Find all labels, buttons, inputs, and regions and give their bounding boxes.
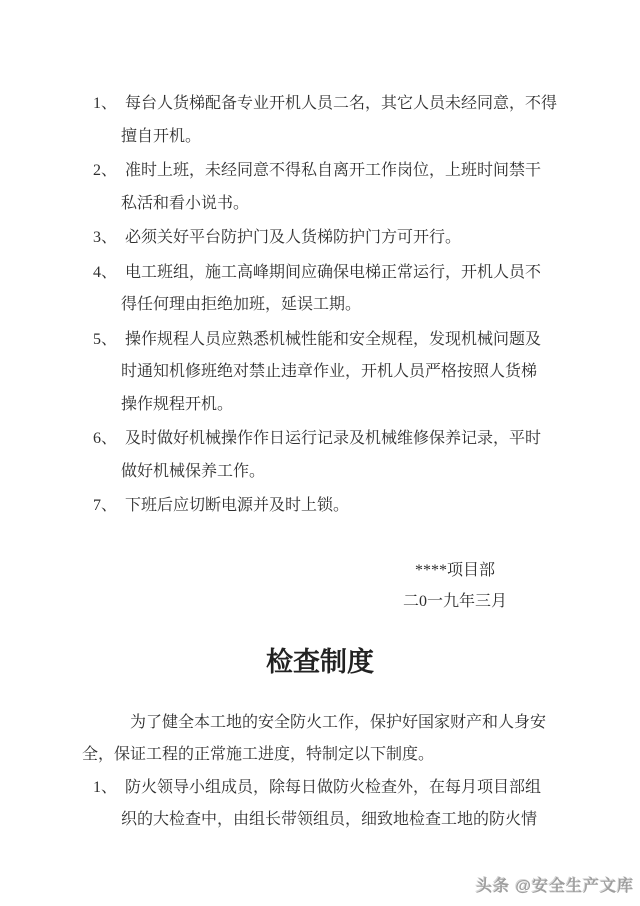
item-number: 1、 bbox=[93, 88, 117, 121]
item-text-line: 及时做好机械操作作日运行记录及机械维修保养记录，平时 bbox=[125, 423, 640, 456]
item-text-line: 每台人货梯配备专业开机人员二名，其它人员未经同意，不得 bbox=[125, 88, 640, 121]
item-text-line: 准时上班，未经同意不得私自离开工作岗位，上班时间禁干 bbox=[125, 155, 640, 188]
rule-item-5: 5、 操作规程人员应熟悉机械性能和安全规程，发现机械问题及 时通知机修班绝对禁止… bbox=[0, 324, 640, 422]
intro-text-line: 为了健全本工地的安全防火工作，保护好国家财产和人身安 bbox=[130, 707, 640, 740]
signature-block: ****项目部 二0一九年三月 bbox=[370, 555, 540, 617]
watermark-toutiao: 头条 @安全生产文库 bbox=[476, 873, 634, 896]
document-content: 1、 每台人货梯配备专业开机人员二名，其它人员未经同意，不得 擅自开机。 2、 … bbox=[0, 0, 640, 837]
section-title: 检查制度 bbox=[0, 645, 640, 679]
operation-rules-list: 1、 每台人货梯配备专业开机人员二名，其它人员未经同意，不得 擅自开机。 2、 … bbox=[0, 88, 640, 523]
item-text-line: 私活和看小说书。 bbox=[121, 188, 640, 221]
intro-text-line: 全，保证工程的正常施工进度，特制定以下制度。 bbox=[82, 739, 640, 772]
item-number: 7、 bbox=[93, 490, 117, 523]
signature-date: 二0一九年三月 bbox=[370, 586, 540, 617]
item-text-line: 织的大检查中，由组长带领组员，细致地检查工地的防火情 bbox=[121, 804, 640, 837]
inspection-rules-list: 1、 防火领导小组成员，除每日做防火检查外，在每月项目部组 织的大检查中，由组长… bbox=[0, 772, 640, 837]
item-number: 6、 bbox=[93, 423, 117, 456]
item-text-line: 擅自开机。 bbox=[121, 121, 640, 154]
signature-project-dept: ****项目部 bbox=[370, 555, 540, 586]
rule-item-7: 7、 下班后应切断电源并及时上锁。 bbox=[0, 490, 640, 523]
inspection-intro-paragraph: 为了健全本工地的安全防火工作，保护好国家财产和人身安 全，保证工程的正常施工进度… bbox=[0, 707, 640, 772]
item-text-line: 电工班组，施工高峰期间应确保电梯正常运行，开机人员不 bbox=[125, 257, 640, 290]
item-number: 4、 bbox=[93, 257, 117, 290]
rule-item-1: 1、 每台人货梯配备专业开机人员二名，其它人员未经同意，不得 擅自开机。 bbox=[0, 88, 640, 153]
item-text-line: 得任何理由拒绝加班，延误工期。 bbox=[121, 289, 640, 322]
item-number: 2、 bbox=[93, 155, 117, 188]
rule-item-2: 2、 准时上班，未经同意不得私自离开工作岗位，上班时间禁干 私活和看小说书。 bbox=[0, 155, 640, 220]
item-text-line: 必须关好平台防护门及人货梯防护门方可开行。 bbox=[125, 222, 640, 255]
item-text-line: 下班后应切断电源并及时上锁。 bbox=[125, 490, 640, 523]
item-number: 1、 bbox=[93, 772, 117, 805]
item-number: 5、 bbox=[93, 324, 117, 357]
rule-item-6: 6、 及时做好机械操作作日运行记录及机械维修保养记录，平时 做好机械保养工作。 bbox=[0, 423, 640, 488]
inspection-item-1: 1、 防火领导小组成员，除每日做防火检查外，在每月项目部组 织的大检查中，由组长… bbox=[0, 772, 640, 837]
item-text-line: 操作规程人员应熟悉机械性能和安全规程，发现机械问题及 bbox=[125, 324, 640, 357]
item-text-line: 防火领导小组成员，除每日做防火检查外，在每月项目部组 bbox=[125, 772, 640, 805]
document-page: 1、 每台人货梯配备专业开机人员二名，其它人员未经同意，不得 擅自开机。 2、 … bbox=[0, 0, 640, 906]
rule-item-4: 4、 电工班组，施工高峰期间应确保电梯正常运行，开机人员不 得任何理由拒绝加班，… bbox=[0, 257, 640, 322]
item-text-line: 操作规程开机。 bbox=[121, 389, 640, 422]
item-text-line: 时通知机修班绝对禁止违章作业，开机人员严格按照人货梯 bbox=[121, 356, 640, 389]
item-text-line: 做好机械保养工作。 bbox=[121, 456, 640, 489]
rule-item-3: 3、 必须关好平台防护门及人货梯防护门方可开行。 bbox=[0, 222, 640, 255]
item-number: 3、 bbox=[93, 222, 117, 255]
